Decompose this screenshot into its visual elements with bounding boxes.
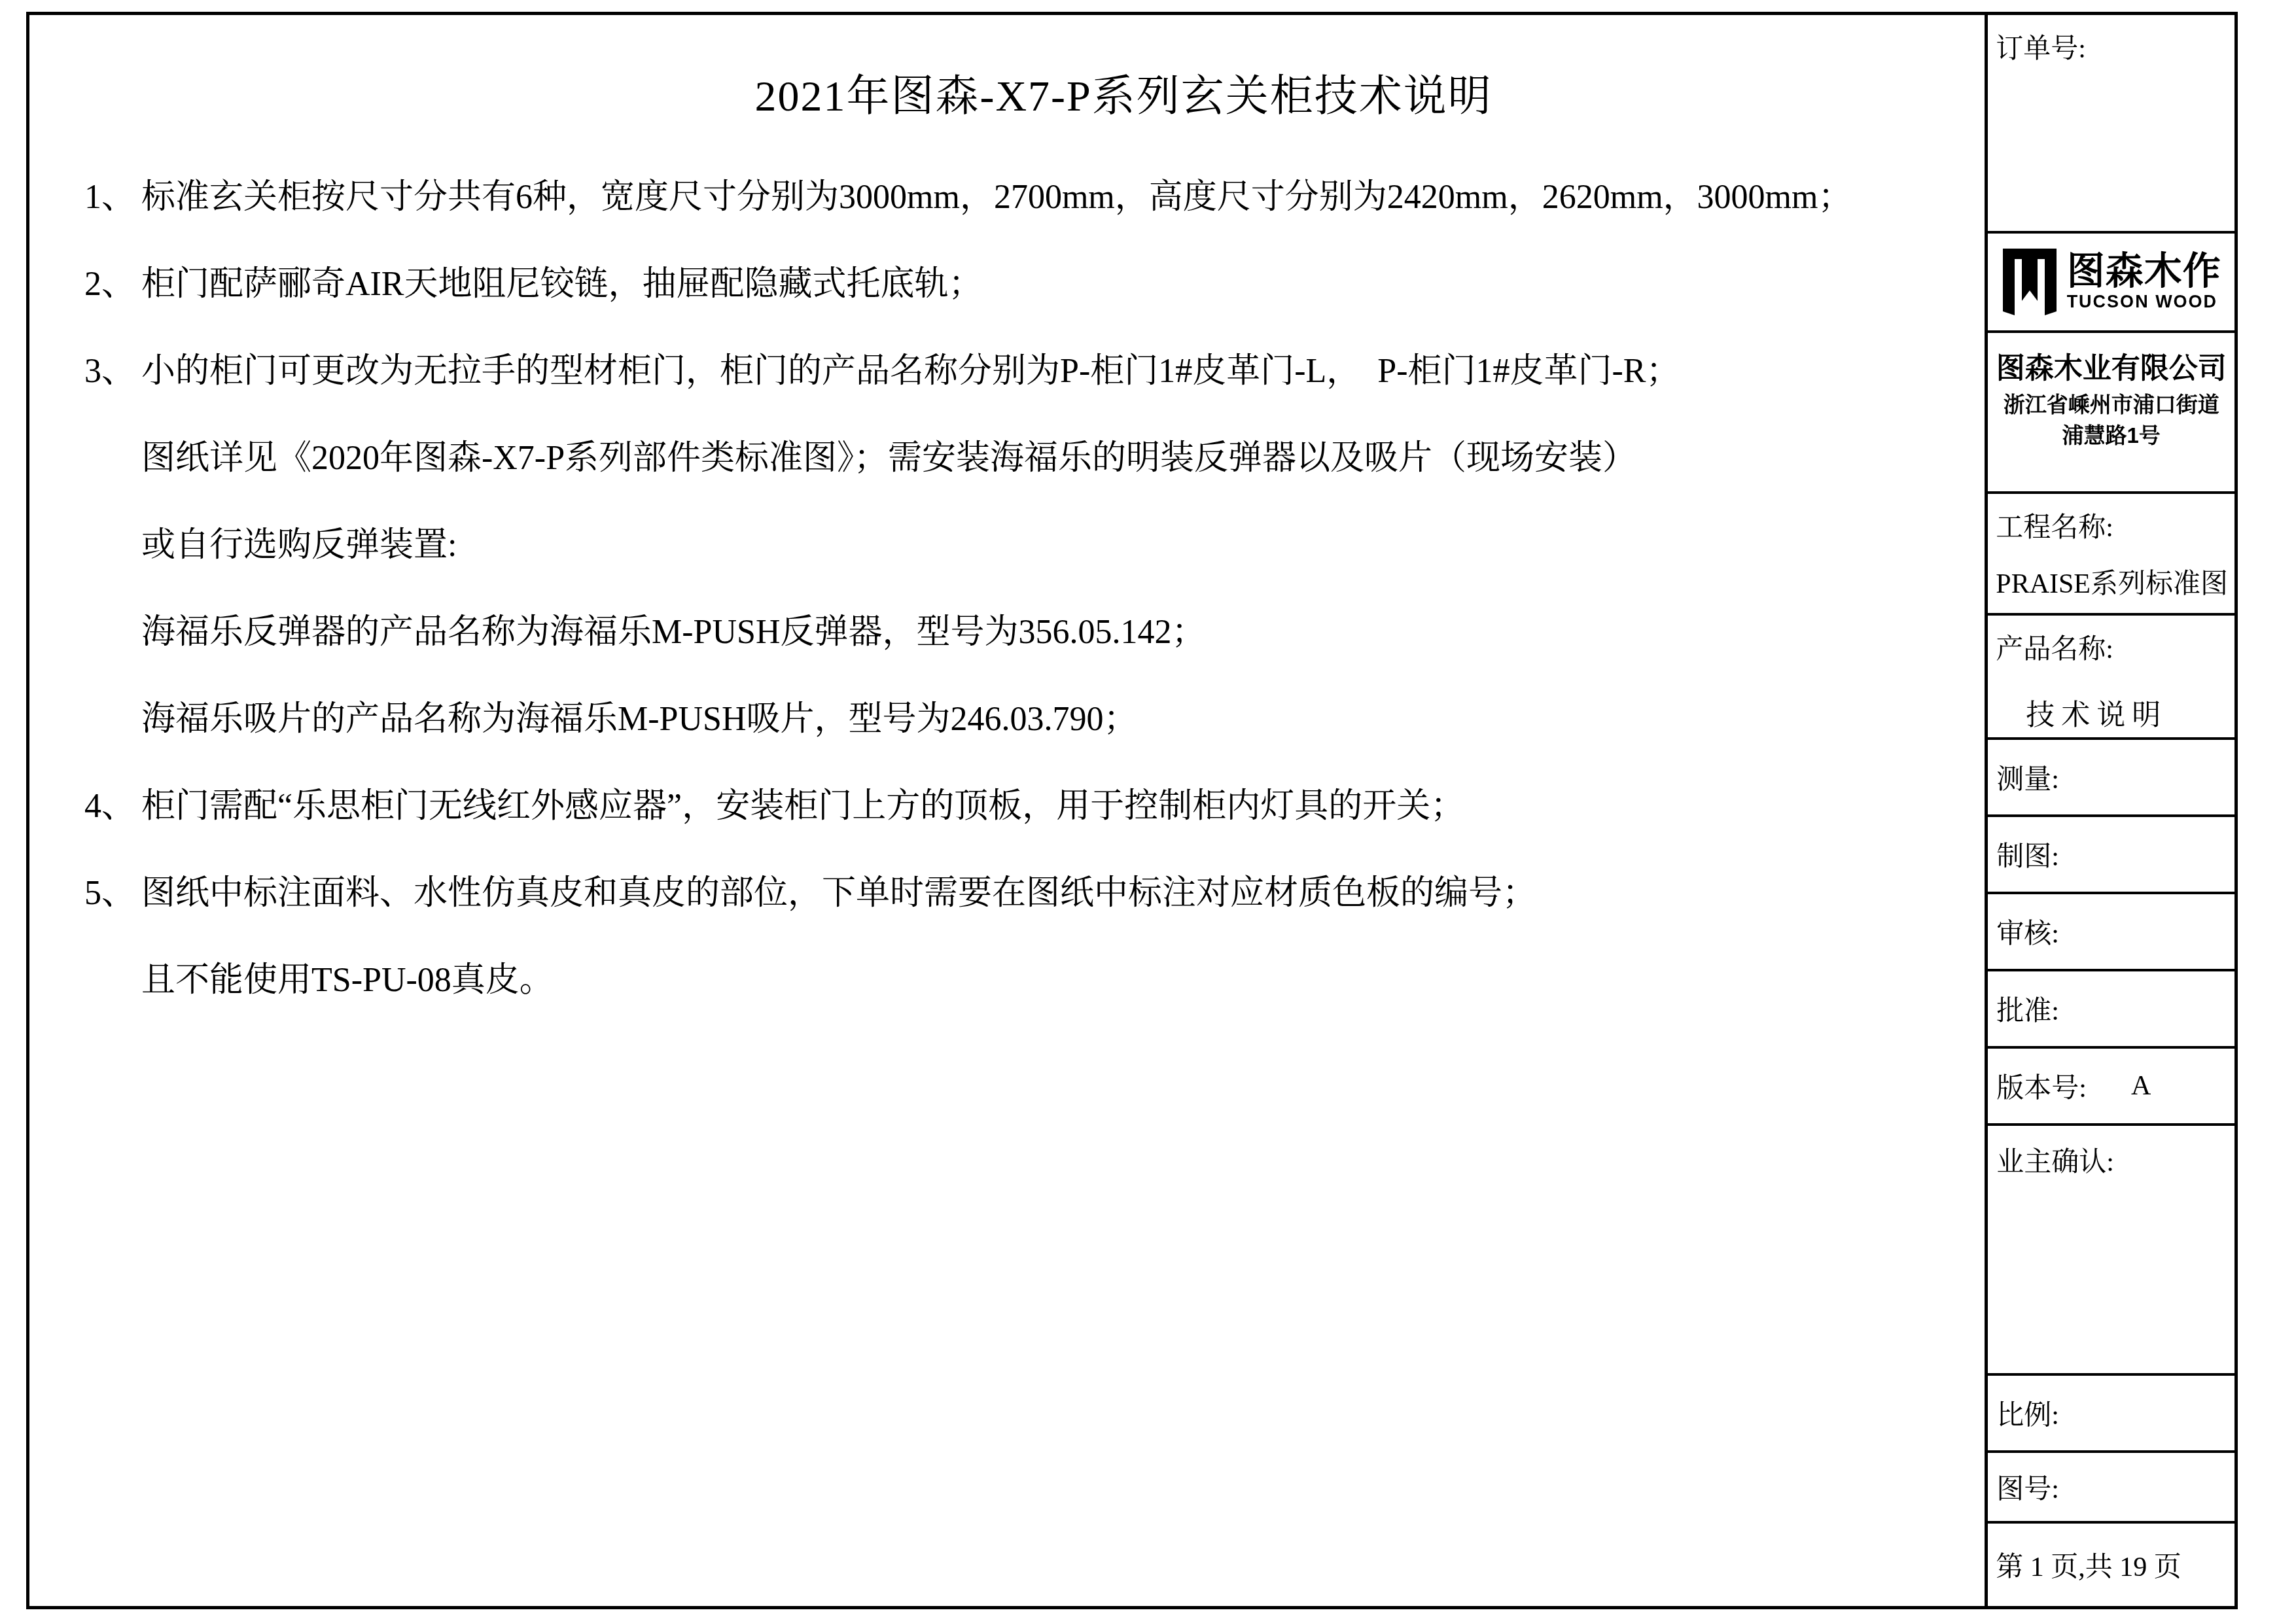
scale-cell: 比例: — [1988, 1373, 2234, 1450]
review-label: 审核: — [1996, 912, 2059, 951]
product-name-value: 技术说明 — [1996, 691, 2228, 733]
logo-name-en: TUCSON WOOD — [2067, 291, 2218, 312]
note-number: 2、 — [84, 241, 141, 328]
note-text: 图纸详见《2020年图森-X7-P系列部件类标准图》；需安装海福乐的明装反弹器以… — [141, 440, 1636, 477]
measure-label: 测量: — [1996, 758, 2059, 797]
notes-list: 1、标准玄关柜按尺寸分共有6种，宽度尺寸分别为3000mm，2700mm，高度尺… — [29, 154, 1985, 1024]
note-text: 海福乐反弹器的产品名称为海福乐M-PUSH反弹器，型号为356.05.142； — [141, 614, 1206, 651]
product-name-cell: 产品名称: 技术说明 — [1988, 613, 2234, 737]
page-title: 2021年图森-X7-P系列玄关柜技术说明 — [29, 61, 1985, 123]
notes-area: 2021年图森-X7-P系列玄关柜技术说明 1、标准玄关柜按尺寸分共有6种，宽度… — [29, 15, 1985, 1606]
logo-name-cn: 图森木作 — [2067, 252, 2221, 291]
note-line: 且不能使用TS-PU-08真皮。 — [29, 937, 1985, 1024]
company-name: 图森木业有限公司 — [1988, 349, 2234, 389]
note-line: 图纸详见《2020年图森-X7-P系列部件类标准图》；需安装海福乐的明装反弹器以… — [29, 415, 1985, 502]
owner-confirm-cell: 业主确认: — [1988, 1123, 2234, 1373]
approve-cell: 批准: — [1988, 969, 2234, 1046]
note-number: 1、 — [84, 154, 141, 241]
note-text: 且不能使用TS-PU-08真皮。 — [141, 962, 554, 999]
note-number: 3、 — [84, 328, 141, 415]
approve-label: 批准: — [1996, 989, 2059, 1028]
measure-cell: 测量: — [1988, 737, 2234, 814]
company-address-line2: 浦慧路1号 — [1988, 420, 2234, 451]
order-number-label: 订单号: — [1996, 34, 2086, 64]
product-name-label: 产品名称: — [1996, 627, 2228, 667]
note-line: 5、图纸中标注面料、水性仿真皮和真皮的部位，下单时需要在图纸中标注对应材质色板的… — [29, 850, 1985, 937]
note-text: 柜门配萨郦奇AIR天地阻尼铰链，抽屉配隐藏式托底轨； — [141, 266, 983, 303]
drawing-number-label: 图号: — [1996, 1467, 2059, 1507]
note-text: 或自行选购反弹装置: — [141, 527, 457, 564]
note-text: 柜门需配“乐思柜门无线红外感应器”，安装柜门上方的顶板，用于控制柜内灯具的开关； — [141, 788, 1464, 825]
scale-label: 比例: — [1996, 1393, 2059, 1433]
company-cell: 图森木业有限公司 浙江省嵊州市浦口街道 浦慧路1号 — [1988, 330, 2234, 491]
page-info: 第 1 页,共 19 页 — [1996, 1545, 2181, 1584]
note-line: 或自行选购反弹装置: — [29, 502, 1985, 589]
drawing-sheet-frame: 2021年图森-X7-P系列玄关柜技术说明 1、标准玄关柜按尺寸分共有6种，宽度… — [26, 12, 2238, 1609]
owner-confirm-label: 业主确认: — [1996, 1147, 2114, 1178]
note-line: 3、小的柜门可更改为无拉手的型材柜门，柜门的产品名称分别为P-柜门1#皮革门-L… — [29, 328, 1985, 415]
version-cell: 版本号: A — [1988, 1046, 2234, 1123]
note-number: 4、 — [84, 763, 141, 850]
page-info-cell: 第 1 页,共 19 页 — [1988, 1521, 2234, 1606]
version-label: 版本号: — [1996, 1066, 2087, 1106]
note-text: 小的柜门可更改为无拉手的型材柜门，柜门的产品名称分别为P-柜门1#皮革门-L， … — [141, 353, 1680, 390]
draft-label: 制图: — [1996, 835, 2059, 874]
version-value: A — [2131, 1070, 2151, 1102]
title-block: 订单号: 图森木作 TUCSON WOOD 图森木业有限公司 浙江省嵊州市浦口街… — [1985, 15, 2234, 1606]
note-number: 5、 — [84, 850, 141, 937]
draft-cell: 制图: — [1988, 814, 2234, 892]
note-line: 4、柜门需配“乐思柜门无线红外感应器”，安装柜门上方的顶板，用于控制柜内灯具的开… — [29, 763, 1985, 850]
note-line: 1、标准玄关柜按尺寸分共有6种，宽度尺寸分别为3000mm，2700mm，高度尺… — [29, 154, 1985, 241]
review-cell: 审核: — [1988, 892, 2234, 969]
drawing-number-cell: 图号: — [1988, 1450, 2234, 1521]
note-line: 海福乐反弹器的产品名称为海福乐M-PUSH反弹器，型号为356.05.142； — [29, 589, 1985, 676]
order-number-cell: 订单号: — [1988, 15, 2234, 231]
note-text: 标准玄关柜按尺寸分共有6种，宽度尺寸分别为3000mm，2700mm，高度尺寸分… — [141, 179, 1852, 216]
note-line: 2、柜门配萨郦奇AIR天地阻尼铰链，抽屉配隐藏式托底轨； — [29, 241, 1985, 328]
project-name-cell: 工程名称: PRAISE系列标准图 — [1988, 491, 2234, 613]
project-name-label: 工程名称: — [1996, 506, 2228, 545]
logo-text: 图森木作 TUCSON WOOD — [2067, 252, 2221, 312]
note-line: 海福乐吸片的产品名称为海福乐M-PUSH吸片，型号为246.03.790； — [29, 676, 1985, 763]
logo-cell: 图森木作 TUCSON WOOD — [1988, 231, 2234, 330]
project-name-value: PRAISE系列标准图 — [1996, 562, 2228, 601]
note-text: 图纸中标注面料、水性仿真皮和真皮的部位，下单时需要在图纸中标注对应材质色板的编号… — [141, 875, 1536, 912]
tucson-wood-logo-icon — [2002, 249, 2058, 315]
note-text: 海福乐吸片的产品名称为海福乐M-PUSH吸片，型号为246.03.790； — [141, 701, 1138, 738]
company-address-line1: 浙江省嵊州市浦口街道 — [1988, 389, 2234, 420]
